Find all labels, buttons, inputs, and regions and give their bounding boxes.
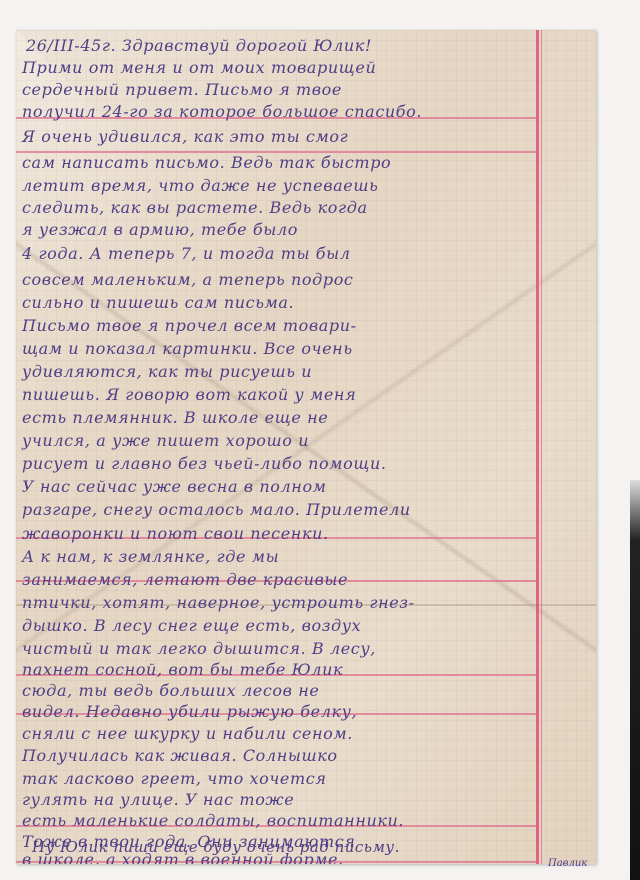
red-margin-line	[536, 30, 539, 864]
text-line: Прими от меня и от моих товарищей	[22, 58, 376, 77]
text-line: Я очень удивился, как это ты смог	[22, 127, 348, 146]
text-line: У нас сейчас уже весна в полном	[22, 477, 327, 496]
text-line: жаворонки и поют свои песенки.	[22, 524, 329, 543]
text-line: следить, как вы растете. Ведь когда	[22, 198, 368, 217]
text-line: занимаемся, летают две красивые	[22, 570, 348, 589]
text-line: разгаре, снегу осталось мало. Прилетели	[22, 500, 411, 519]
text-line: сильно и пишешь сам письма.	[22, 293, 294, 312]
signature: Павлик	[548, 858, 587, 869]
text-line: 4 года. А теперь 7, и тогда ты был	[22, 244, 351, 263]
text-line: я уезжал в армию, тебе было	[22, 220, 298, 239]
text-line: щам и показал картинки. Все очень	[22, 339, 353, 358]
text-line: сняли с нее шкурку и набили сеном.	[22, 724, 353, 743]
letter-sheet: 26/III-45г. Здравствуй дорогой Юлик! При…	[16, 30, 596, 864]
text-line: Письмо твое я прочел всем товари-	[22, 316, 357, 335]
text-line: видел. Недавно убили рыжую белку,	[22, 702, 357, 721]
text-line: летит время, что даже не успеваешь	[22, 176, 378, 195]
text-line: гулять на улице. У нас тоже	[22, 790, 294, 809]
text-line: пишешь. Я говорю вот какой у меня	[22, 385, 356, 404]
text-line: есть племянник. В школе еще не	[22, 408, 328, 427]
text-line: рисует и главно без чьей-либо помощи.	[22, 454, 387, 473]
text-line: дышко. В лесу снег еще есть, воздух	[22, 616, 361, 635]
text-line: пахнет сосной, вот бы тебе Юлик	[22, 660, 343, 679]
text-line: есть маленькие солдаты, воспитанники.	[22, 811, 404, 830]
text-line: А к нам, к землянке, где мы	[22, 547, 279, 566]
text-line: птички, хотят, наверное, устроить гнез-	[22, 593, 415, 612]
closing-line: Ну Юлик пиши еще буду очень рад письму.	[32, 838, 400, 856]
text-line: так ласково греет, что хочется	[22, 769, 327, 788]
text-line: учился, а уже пишет хорошо и	[22, 431, 309, 450]
scan-edge-shadow	[630, 480, 640, 880]
text-line: удивляются, как ты рисуешь и	[22, 362, 312, 381]
text-line: сердечный привет. Письмо я твое	[22, 80, 342, 99]
text-line: Получилась как живая. Солнышко	[22, 746, 338, 765]
text-line: сюда, ты ведь больших лесов не	[22, 681, 319, 700]
text-line: чистый и так легко дышится. В лесу,	[22, 639, 376, 658]
red-margin-line	[541, 30, 542, 864]
text-line: сам написать письмо. Ведь так быстро	[22, 153, 391, 172]
text-line: получил 24-го за которое большое спасибо…	[22, 102, 422, 121]
text-line: совсем маленьким, а теперь подрос	[22, 270, 354, 289]
text-line: 26/III-45г. Здравствуй дорогой Юлик!	[26, 36, 372, 55]
